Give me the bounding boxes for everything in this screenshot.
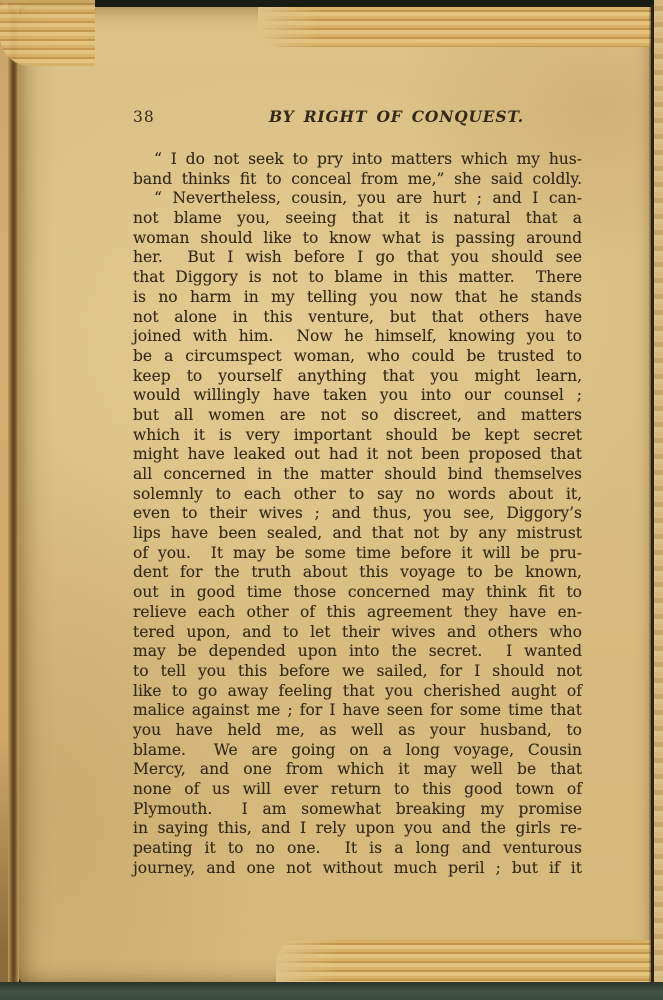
text-line: of you. It may be some time before it wi… <box>133 544 582 564</box>
text-line: malice against me ; for I have seen for … <box>133 701 582 721</box>
text-line: “ Nevertheless, cousin, you are hurt ; a… <box>133 189 582 209</box>
text-line: would willingly have taken you into our … <box>133 386 582 406</box>
text-line: her. But I wish before I go that you sho… <box>133 248 582 268</box>
page-edges-top-right <box>0 0 95 66</box>
page-content: 38 BY RIGHT OF CONQUEST. “ I do not seek… <box>133 107 582 878</box>
text-line: may be depended upon into the secret. I … <box>133 642 582 662</box>
text-line: is no harm in my telling you now that he… <box>133 288 582 308</box>
text-line: Plymouth. I am somewhat breaking my prom… <box>133 800 582 820</box>
text-line: dent for the truth about this voyage to … <box>133 563 582 583</box>
text-line: out in good time those concerned may thi… <box>133 583 582 603</box>
text-line: blame. We are going on a long voyage, Co… <box>133 741 582 761</box>
book-page: 38 BY RIGHT OF CONQUEST. “ I do not seek… <box>19 7 651 983</box>
text-line: lips have been sealed, and that not by a… <box>133 524 582 544</box>
text-line: like to go away feeling that you cherish… <box>133 682 582 702</box>
text-line: keep to yourself anything that you might… <box>133 367 582 387</box>
gutter-fold <box>8 5 19 983</box>
page-header: 38 BY RIGHT OF CONQUEST. <box>133 107 582 129</box>
text-line: Mercy, and one from which it may well be… <box>133 760 582 780</box>
page-edges-bottom <box>276 940 651 983</box>
text-line: journey, and one not without much peril … <box>133 859 582 879</box>
page-body: “ I do not seek to pry into matters whic… <box>133 150 582 878</box>
text-line: tered upon, and to let their wives and o… <box>133 623 582 643</box>
text-line: relieve each other of this agreement the… <box>133 603 582 623</box>
text-line: solemnly to each other to say no words a… <box>133 485 582 505</box>
text-line: not blame you, seeing that it is natural… <box>133 209 582 229</box>
page-edges-top <box>258 7 651 47</box>
text-line: that Diggory is not to blame in this mat… <box>133 268 582 288</box>
book-cover-edge <box>0 982 663 1000</box>
adjacent-page-edge <box>0 3 8 983</box>
text-line: band thinks fit to conceal from me,” she… <box>133 170 582 190</box>
text-line: none of us will ever return to this good… <box>133 780 582 800</box>
text-line: “ I do not seek to pry into matters whic… <box>133 150 582 170</box>
text-line: you have held me, as well as your husban… <box>133 721 582 741</box>
text-line: might have leaked out had it not been pr… <box>133 445 582 465</box>
text-line: all concerned in the matter should bind … <box>133 465 582 485</box>
book-scan: 38 BY RIGHT OF CONQUEST. “ I do not seek… <box>0 0 663 1000</box>
text-line: which it is very important should be kep… <box>133 426 582 446</box>
text-line: but all women are not so discreet, and m… <box>133 406 582 426</box>
text-line: in saying this, and I rely upon you and … <box>133 819 582 839</box>
text-line: joined with him. Now he himself, knowing… <box>133 327 582 347</box>
text-line: peating it to no one. It is a long and v… <box>133 839 582 859</box>
text-line: woman should like to know what is passin… <box>133 229 582 249</box>
text-line: even to their wives ; and thus, you see,… <box>133 504 582 524</box>
page-number: 38 <box>133 108 197 126</box>
fore-edge-pages <box>654 0 663 1000</box>
running-title: BY RIGHT OF CONQUEST. <box>197 107 582 126</box>
text-line: not alone in this venture, but that othe… <box>133 308 582 328</box>
text-line: to tell you this before we sailed, for I… <box>133 662 582 682</box>
text-line: be a circumspect woman, who could be tru… <box>133 347 582 367</box>
